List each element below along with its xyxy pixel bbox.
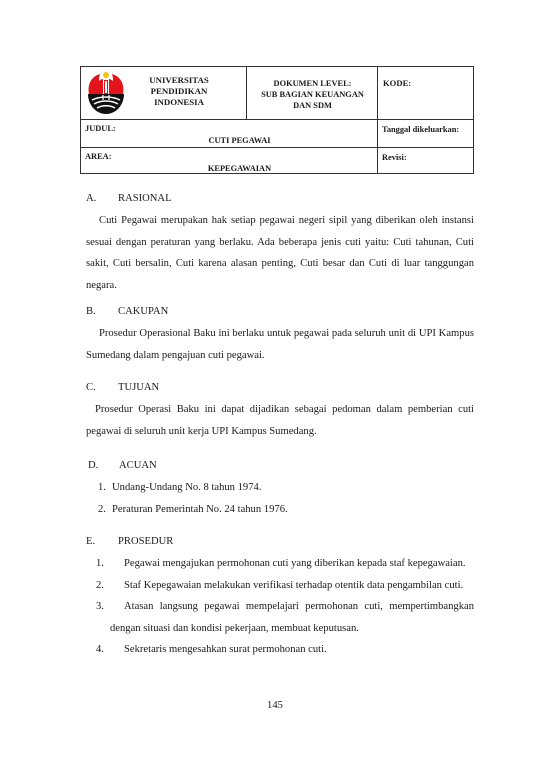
section-letter: C.: [86, 380, 118, 396]
section-title: TUJUAN: [118, 380, 159, 396]
list-item: 4. Sekretaris mengesahkan surat permohon…: [96, 639, 474, 661]
document-level: DOKUMEN LEVEL: SUB BAGIAN KEUANGAN DAN S…: [247, 78, 378, 111]
list-text: Peraturan Pemerintah No. 24 tahun 1976.: [112, 499, 474, 521]
list-item: 1. Undang-Undang No. 8 tahun 1974.: [98, 477, 474, 499]
upi-logo-icon: [86, 70, 126, 116]
section-letter: E.: [86, 534, 118, 550]
section-paragraph: Cuti Pegawai merupakan hak setiap pegawa…: [86, 210, 474, 296]
list-number: 2.: [98, 499, 112, 521]
list-number: 4.: [96, 639, 104, 661]
document-level-line: DOKUMEN LEVEL:: [247, 78, 378, 89]
section-heading: A. RASIONAL: [86, 191, 474, 207]
procedure-list: 1. Pegawai mengajukan permohonan cuti ya…: [86, 553, 474, 661]
section-heading: D. ACUAN: [86, 458, 474, 474]
section-cakupan: B. CAKUPAN Prosedur Operasional Baku ini…: [86, 304, 474, 366]
university-name-line: PENDIDIKAN: [129, 86, 229, 97]
university-name-line: UNIVERSITAS: [129, 75, 229, 86]
tanggal-label: Tanggal dikeluarkan:: [382, 125, 459, 134]
document-page: UNIVERSITAS PENDIDIKAN INDONESIA DOKUMEN…: [0, 0, 550, 777]
section-letter: B.: [86, 304, 118, 320]
table-divider: [377, 67, 378, 173]
revisi-cell: Revisi:: [378, 148, 475, 175]
document-level-line: SUB BAGIAN KEUANGAN: [247, 89, 378, 100]
area-cell: AREA: KEPEGAWAIAN: [81, 148, 378, 175]
judul-label: JUDUL:: [85, 124, 116, 133]
document-level-cell: DOKUMEN LEVEL: SUB BAGIAN KEUANGAN DAN S…: [247, 67, 378, 120]
list-item: 1. Pegawai mengajukan permohonan cuti ya…: [96, 553, 474, 575]
list-number: 2.: [96, 575, 104, 597]
table-divider: [246, 67, 247, 120]
list-number: 3.: [96, 596, 104, 618]
section-heading: B. CAKUPAN: [86, 304, 474, 320]
section-acuan: D. ACUAN 1. Undang-Undang No. 8 tahun 19…: [86, 458, 474, 520]
reference-list: 1. Undang-Undang No. 8 tahun 1974. 2. Pe…: [86, 477, 474, 520]
table-divider: [81, 147, 473, 148]
tanggal-cell: Tanggal dikeluarkan:: [378, 120, 475, 148]
list-text: Pegawai mengajukan permohonan cuti yang …: [96, 553, 474, 575]
document-level-line: DAN SDM: [247, 100, 378, 111]
section-rasional: A. RASIONAL Cuti Pegawai merupakan hak s…: [86, 191, 474, 296]
section-title: ACUAN: [119, 458, 157, 474]
list-item: 2. Peraturan Pemerintah No. 24 tahun 197…: [98, 499, 474, 521]
section-paragraph: Prosedur Operasi Baku ini dapat dijadika…: [86, 399, 474, 442]
list-text: Undang-Undang No. 8 tahun 1974.: [112, 477, 474, 499]
section-title: PROSEDUR: [118, 534, 173, 550]
kode-label: KODE:: [383, 78, 411, 88]
judul-value: CUTI PEGAWAI: [81, 136, 378, 145]
area-value: KEPEGAWAIAN: [81, 164, 378, 173]
list-item: 2. Staf Kepegawaian melakukan verifikasi…: [96, 575, 474, 597]
list-text: Sekretaris mengesahkan surat permohonan …: [96, 639, 474, 661]
section-paragraph: Prosedur Operasional Baku ini berlaku un…: [86, 323, 474, 366]
list-text: Staf Kepegawaian melakukan verifikasi te…: [96, 575, 474, 597]
university-cell: UNIVERSITAS PENDIDIKAN INDONESIA: [81, 67, 247, 120]
university-name: UNIVERSITAS PENDIDIKAN INDONESIA: [129, 75, 229, 108]
list-item: 3. Atasan langsung pegawai mempelajari p…: [96, 596, 474, 639]
table-divider: [81, 119, 473, 120]
kode-cell: KODE:: [378, 67, 475, 120]
area-label: AREA:: [85, 152, 112, 161]
section-letter: D.: [86, 458, 119, 474]
judul-cell: JUDUL: CUTI PEGAWAI: [81, 120, 378, 148]
list-number: 1.: [98, 477, 112, 499]
section-heading: C. TUJUAN: [86, 380, 474, 396]
section-title: CAKUPAN: [118, 304, 168, 320]
page-number: 145: [0, 700, 550, 711]
university-name-line: INDONESIA: [129, 97, 229, 108]
section-prosedur: E. PROSEDUR 1. Pegawai mengajukan permoh…: [86, 534, 474, 661]
section-heading: E. PROSEDUR: [86, 534, 474, 550]
revisi-label: Revisi:: [382, 153, 407, 162]
document-header-table: UNIVERSITAS PENDIDIKAN INDONESIA DOKUMEN…: [80, 66, 474, 174]
list-text: Atasan langsung pegawai mempelajari perm…: [96, 596, 474, 639]
list-number: 1.: [96, 553, 104, 575]
section-title: RASIONAL: [118, 191, 172, 207]
section-letter: A.: [86, 191, 118, 207]
section-tujuan: C. TUJUAN Prosedur Operasi Baku ini dapa…: [86, 380, 474, 442]
